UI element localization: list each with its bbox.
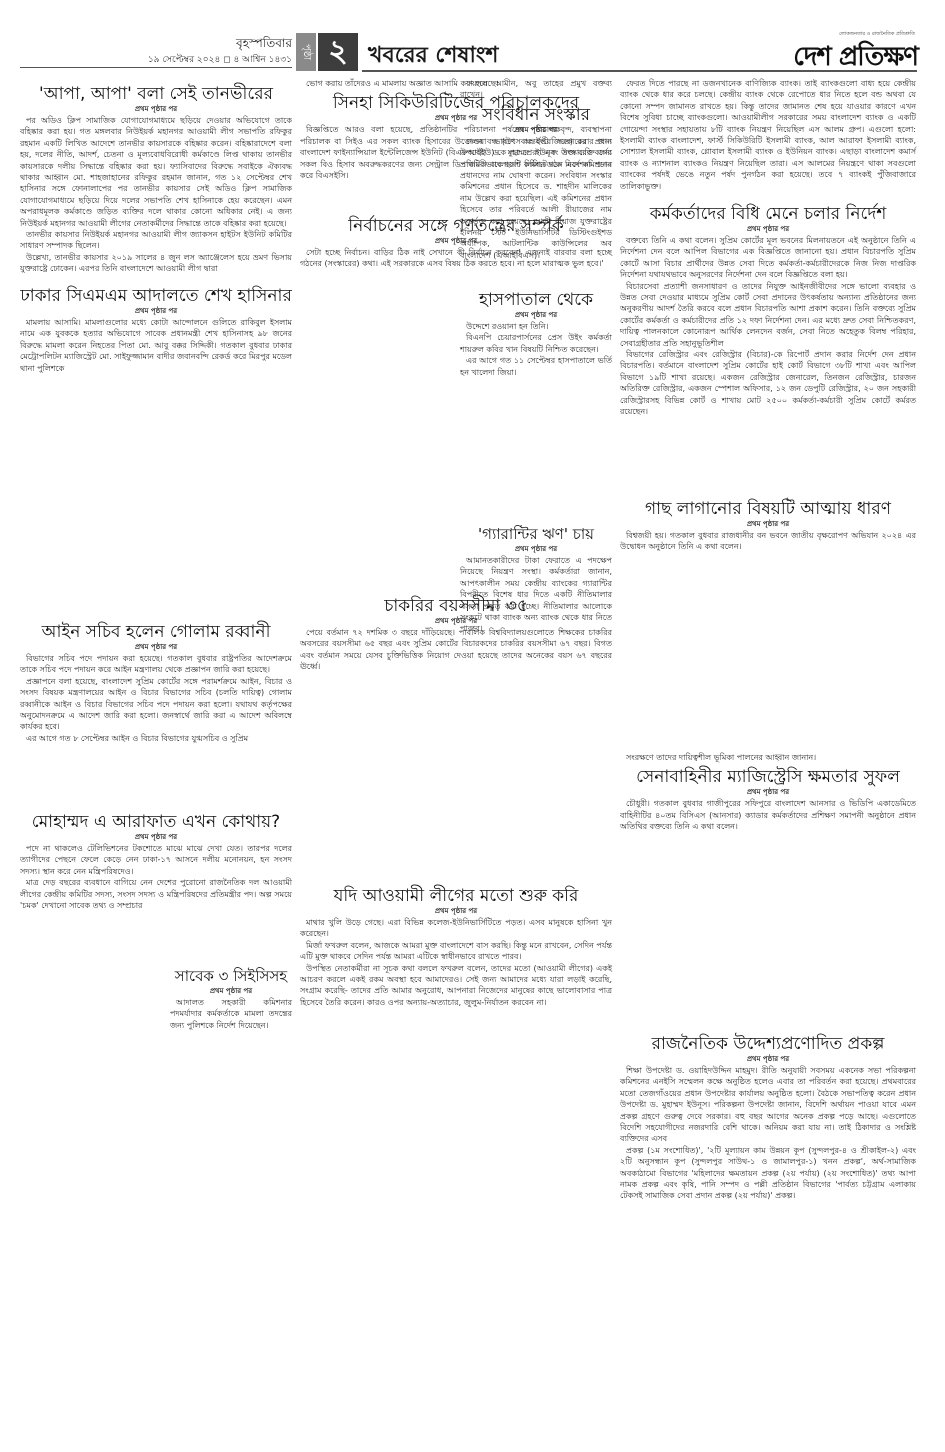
masthead: বৃহস্পতিবার ১৯ সেপ্টেম্বর ২০২৪ ◻ ৪ আশ্বি… xyxy=(0,0,945,70)
article-paragraph: বিচারসেবা প্রত্যাশী জনসাধারণ ও তাদের নিয… xyxy=(620,281,916,349)
continued-from-front: প্রথম পৃষ্ঠার পর xyxy=(620,787,916,797)
continued-from-front: প্রথম পৃষ্ঠার পর xyxy=(20,306,292,316)
article-paragraph: বিভাগের রেজিস্ট্রার এবং রেজিস্ট্রার (বিচ… xyxy=(620,349,916,417)
article-paragraph: আদালত সহকারী কমিশনার পদমর্যাদার কর্মকর্ত… xyxy=(170,997,292,1031)
article-paragraph: শিক্ষা উপদেষ্টা ড. ওয়াহিদউদ্দিন মাহমুদ।… xyxy=(620,1065,916,1145)
headline: মোহাম্মদ এ আরাফাত এখন কোথায়? xyxy=(20,812,292,832)
article-paragraph: মির্জা ফখরুল বলেন, আজকে আমরা মুক্ত বাংলা… xyxy=(300,940,612,963)
continued-from-front: প্রথম পৃষ্ঠার পর xyxy=(460,125,612,135)
continued-from-front: প্রথম পৃষ্ঠার পর xyxy=(170,986,292,996)
article-paragraph: প্রজ্ঞাপনে বলা হয়েছে, বাংলাদেশ সুপ্রিম … xyxy=(20,676,292,733)
article-political-projects: রাজনৈতিক উদ্দেশ্যপ্রণোদিত প্রকল্প প্রথম … xyxy=(620,1030,916,1202)
article-former-cec: সাবেক ৩ সিইসিসহ প্রথম পৃষ্ঠার পর আদালত স… xyxy=(170,962,292,1031)
headline: গাছ লাগানোর বিষয়টি আত্মায় ধারণ xyxy=(620,499,916,519)
headline: 'গ্যারান্টির ঋণ' চায় xyxy=(460,524,612,544)
article-bank-continuation: ফেরত দিতে পারছে না ডজনখানেক বাণিজ্যিক ব্… xyxy=(620,78,916,192)
article-paragraph: পদে না থাকলেও টেলিভিশনের টকশোতে মাঝে মাঝ… xyxy=(20,843,292,877)
continued-from-front: প্রথম পৃষ্ঠার পর xyxy=(460,310,612,320)
continued-from-front: প্রথম পৃষ্ঠার পর xyxy=(20,104,292,114)
headline: সাবেক ৩ সিইসিসহ xyxy=(170,966,292,986)
article-army-magistracy: সংরক্ষণে তাদের দায়িত্বশীল ভূমিকা পালনের… xyxy=(620,752,916,833)
article-constitution-reform: ফয়সল আমীন, অবু তাহের প্রমুখ বক্তব্য রাখ… xyxy=(460,78,612,261)
newspaper-logo: দেশ প্রতিক্ষণ xyxy=(740,36,918,80)
article-paragraph: প্রকল্প (১ম সংশোধিত)', '২টি মূল্যায়ন কা… xyxy=(620,1145,916,1202)
headline: কর্মকর্তাদের বিধি মেনে চলার নির্দেশ xyxy=(620,204,916,224)
publication-date: ১৯ সেপ্টেম্বর ২০২৪ ◻ ৪ আশ্বিন ১৪৩১ xyxy=(20,52,292,67)
article-paragraph: এর আগে গত ৮ সেপ্টেম্বর আইন ও বিচার বিভাগ… xyxy=(20,733,292,744)
continued-from-front: প্রথম পৃষ্ঠার পর xyxy=(20,832,292,842)
article-paragraph: বিশ্বজয়ী হয়। গতকাল বুধবার রাজধানীর বন … xyxy=(620,530,916,553)
article-paragraph: বিএনপি চেয়ারপার্সনের প্রেস উইং কর্মকর্ত… xyxy=(460,332,612,355)
article-paragraph: মামলায় আসামি। মামলাগুলোর মধ্যে কোটা আন্… xyxy=(20,317,292,374)
article-paragraph: বক্তব্যে তিনি এ কথা বলেন। সুপ্রিম কোর্টে… xyxy=(620,235,916,281)
article-awami-league: যদি আওয়ামী লীগের মতো শুরু করি প্রথম পৃষ… xyxy=(300,882,612,1008)
article-tree-planting: গাছ লাগানোর বিষয়টি আত্মায় ধারণ প্রথম প… xyxy=(620,495,916,553)
headline: যদি আওয়ামী লীগের মতো শুরু করি xyxy=(300,886,612,906)
headline: 'আপা, আপা' বলা সেই তানভীরের xyxy=(20,84,292,104)
continued-from-front: প্রথম পৃষ্ঠার পর xyxy=(620,519,916,529)
page-label: পৃষ্ঠা xyxy=(296,33,316,71)
continued-from-front: প্রথম পৃষ্ঠার পর xyxy=(460,544,612,554)
article-paragraph: উদ্দেশে রওয়ানা হন তিনি। xyxy=(460,321,612,332)
headline: হাসপাতাল থেকে xyxy=(460,290,612,310)
article-hospital: হাসপাতাল থেকে প্রথম পৃষ্ঠার পর উদ্দেশে র… xyxy=(460,286,612,378)
article-arafat: মোহাম্মদ এ আরাফাত এখন কোথায়? প্রথম পৃষ্… xyxy=(20,808,292,911)
continued-from-front: প্রথম পৃষ্ঠার পর xyxy=(20,642,292,652)
masthead-divider-left xyxy=(20,67,292,68)
masthead-divider-right xyxy=(362,70,917,72)
article-paragraph: মাত্র দেড় বছরের ব্যবধানে বাগিয়ে নেন দে… xyxy=(20,877,292,911)
article-lead-in: সংরক্ষণে তাদের দায়িত্বশীল ভূমিকা পালনের… xyxy=(620,752,916,763)
article-law-secretary: আইন সচিব হলেন গোলাম রব্বানী প্রথম পৃষ্ঠা… xyxy=(20,618,292,744)
article-apa-tanvir: 'আপা, আপা' বলা সেই তানভীরের প্রথম পৃষ্ঠা… xyxy=(20,80,292,275)
article-paragraph: মাথার খুলি উড়ে গেছে। এরা বিভিন্ন কলেজ-ই… xyxy=(300,917,612,940)
article-cmm-court: ঢাকার সিএমএম আদালতে শেখ হাসিনার প্রথম পৃ… xyxy=(20,282,292,374)
article-paragraph: পর অডিও ক্লিপ সামাজিক যোগাযোগমাধ্যমে ছড়… xyxy=(20,115,292,229)
continued-from-front: প্রথম পৃষ্ঠার পর xyxy=(300,906,612,916)
article-staff-rules: কর্মকর্তাদের বিধি মেনে চলার নির্দেশ প্রথ… xyxy=(620,200,916,418)
article-paragraph: এর আগে গত ১১ সেপ্টেম্বর হাসপাতালে ভর্তি … xyxy=(460,355,612,378)
continued-from-front: প্রথম পৃষ্ঠার পর xyxy=(620,1054,916,1064)
page-number: ২ xyxy=(318,33,358,71)
article-paragraph: আমানতকারীদের টাকা ফেরাতে এ পদক্ষেপ নিয়ে… xyxy=(460,555,612,635)
article-paragraph: দেওয়া ভাষণে অন্তর্বর্তী সরকারের প্রধান … xyxy=(460,136,612,261)
headline: রাজনৈতিক উদ্দেশ্যপ্রণোদিত প্রকল্প xyxy=(620,1034,916,1054)
article-lead-in: ফেরত দিতে পারছে না ডজনখানেক বাণিজ্যিক ব্… xyxy=(620,78,916,192)
article-paragraph: উল্লেখ্য, তানভীর কায়সার ২০১৯ সালের ৪ জু… xyxy=(20,252,292,275)
article-guarantee-loan: 'গ্যারান্টির ঋণ' চায় প্রথম পৃষ্ঠার পর আ… xyxy=(460,520,612,635)
headline: আইন সচিব হলেন গোলাম রব্বানী xyxy=(20,622,292,642)
article-lead-in: ফয়সল আমীন, অবু তাহের প্রমুখ বক্তব্য রাখ… xyxy=(460,78,612,101)
headline: ঢাকার সিএমএম আদালতে শেখ হাসিনার xyxy=(20,286,292,306)
article-paragraph: বিভাগের সচিব পদে পদায়ন করা হয়েছে। গতকা… xyxy=(20,653,292,676)
headline: সেনাবাহিনীর ম্যাজিস্ট্রেসি ক্ষমতার সুফল xyxy=(620,767,916,787)
article-paragraph: তানভীর কায়সার নিউইয়র্ক মহানগর আওয়ামী … xyxy=(20,229,292,252)
article-paragraph: চৌধুরী। গতকাল বুধবার গাজীপুরের সফিপুরে ব… xyxy=(620,798,916,832)
article-paragraph: উপস্থিত নেতাকর্মীরা না সূচক কথা বললে ফখর… xyxy=(300,963,612,1009)
headline: সংবিধান সংস্কার xyxy=(460,105,612,125)
continued-from-front: প্রথম পৃষ্ঠার পর xyxy=(620,224,916,234)
